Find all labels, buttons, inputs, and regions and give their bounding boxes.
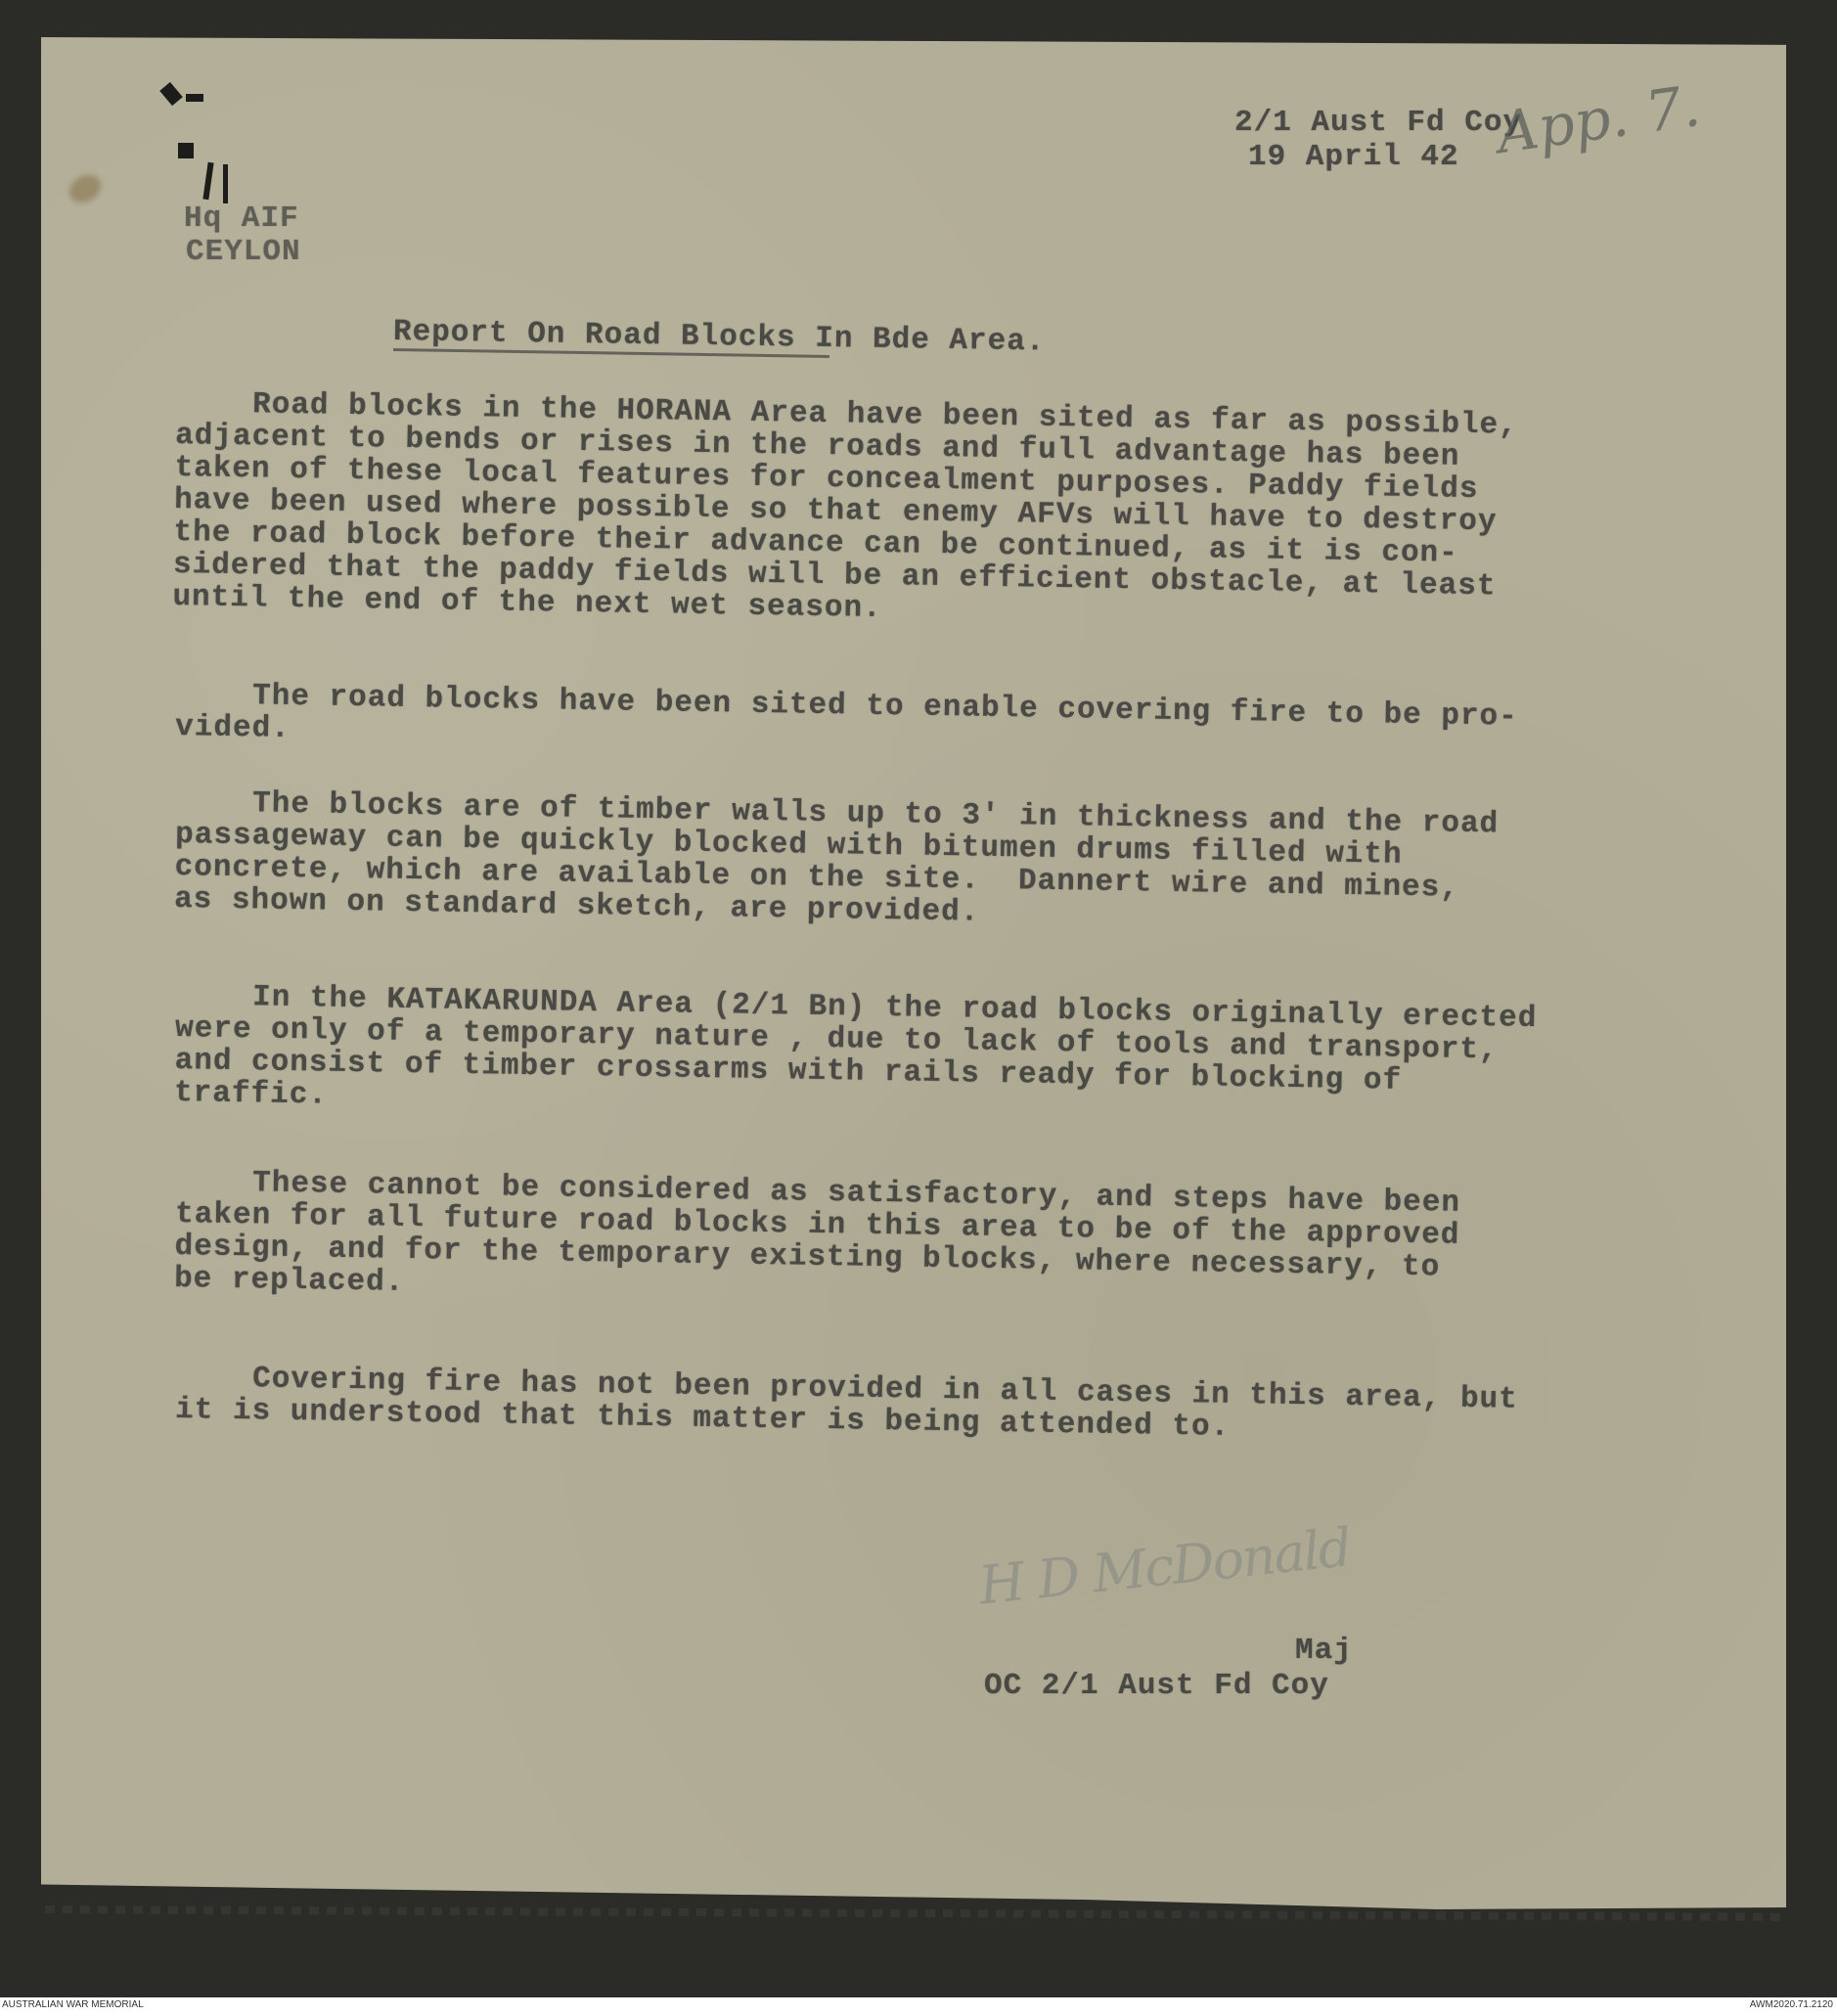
document-date: 19 April 42 <box>1248 140 1459 174</box>
paragraph-4: In the KATAKARUNDA Area (2/1 Bn) the roa… <box>174 980 1731 1135</box>
sender-unit: 2/1 Aust Fd Coy <box>1234 106 1522 140</box>
paragraph-3: The blocks are of timber walls up to 3' … <box>174 786 1731 941</box>
addressee-line-1: Hq AIF <box>184 202 299 236</box>
paragraph-5: These cannot be considered as satisfacto… <box>174 1166 1731 1321</box>
punch-hole-lower <box>223 164 228 203</box>
signatory-position: OC 2/1 Aust Fd Coy <box>984 1669 1329 1703</box>
punch-hole-mid <box>178 143 194 158</box>
paragraph-1: Road blocks in the HORANA Area have been… <box>172 387 1731 639</box>
addressee-line-2: CEYLON <box>186 235 301 269</box>
punch-hole-top-2 <box>186 94 203 102</box>
signatory-rank: Maj <box>1295 1634 1353 1668</box>
archive-credit: AUSTRALIAN WAR MEMORIAL <box>2 1999 144 2010</box>
archive-reference: AWM2020.71.2120 <box>1750 1999 1833 2010</box>
